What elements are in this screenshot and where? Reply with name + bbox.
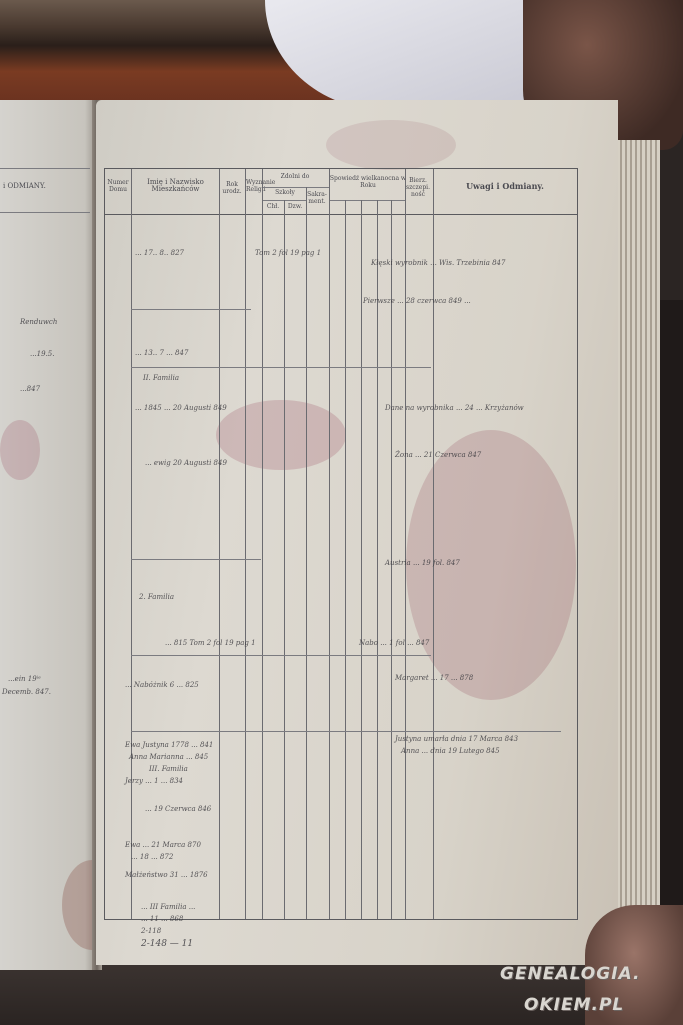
- rule-line: [131, 731, 561, 732]
- watermark-line1: GENEALOGIA.: [500, 964, 640, 984]
- stain: [326, 120, 456, 170]
- column-rule: [219, 169, 220, 919]
- rule-line: [131, 655, 431, 656]
- entry-note: Kłęski wyrobnik ... Wis. Trzebinia 847: [371, 259, 505, 267]
- rule-line: [0, 212, 90, 213]
- entry-text: ... Nabóżnik 6 ... 825: [125, 681, 199, 689]
- entry-text: Anna Marianna ... 845: [129, 753, 208, 761]
- watermark-line2: OKIEM.PL: [524, 995, 624, 1015]
- entry-text: ... 11 ... 868: [141, 915, 183, 923]
- header-easter-confession: Spowiedź wielkanocna w Roku: [329, 175, 407, 189]
- table-header: Numer Domu Imię i Nazwisko Mieszkańców R…: [105, 169, 577, 215]
- column-rule: [245, 169, 246, 919]
- ledger-table: Numer Domu Imię i Nazwisko Mieszkańców R…: [104, 168, 578, 920]
- header-capable: Zdolni do: [263, 173, 327, 180]
- left-page-header: i ODMIANY.: [3, 182, 46, 190]
- entry-note: Anna ... dnia 19 Lutego 845: [401, 747, 500, 755]
- entry-note: Dane na wyrobnika ... 24 ... Krzyżanów: [385, 404, 524, 412]
- column-rule: [361, 200, 362, 919]
- header-sacrament: Sakra-ment.: [307, 191, 327, 205]
- header-remarks: Uwagi i Odmiany.: [445, 183, 565, 190]
- rule-line: [131, 367, 431, 368]
- entry-text: ... 17.. 8.. 827: [135, 249, 184, 257]
- left-note: Decemb. 847.: [2, 688, 51, 696]
- entry-text: ... 19 Czerwca 846: [145, 805, 211, 813]
- entry-note: Pierwsze ... 28 czerwca 849 ...: [363, 297, 471, 305]
- header-school: Szkoły: [263, 189, 307, 196]
- entry-note: Justyna umarła dnia 17 Marca 843: [395, 735, 518, 743]
- rule-line: [262, 187, 329, 188]
- section-label: II. Familia: [143, 374, 179, 382]
- left-note: ...19.5.: [30, 350, 55, 358]
- entry-text: Ewa Justyna 1778 ... 841: [125, 741, 213, 749]
- header-boys: Chł.: [263, 203, 283, 210]
- header-girls: Dzw.: [285, 203, 305, 210]
- left-note: Renduwch: [20, 318, 57, 326]
- entry-note: Margaret ... 17 ... 878: [395, 674, 473, 682]
- entry-text: ... 18 ... 872: [131, 853, 173, 861]
- entry-note: Nabo ... 1 fol ... 847: [359, 639, 429, 647]
- column-rule: [131, 169, 132, 919]
- column-rule: [262, 169, 263, 919]
- column-rule: [284, 200, 285, 919]
- left-note: ...847: [20, 385, 40, 393]
- header-house-number: Numer Domu: [107, 179, 129, 193]
- header-vaccination: Bierz. szczepi. ność: [405, 177, 431, 198]
- section-label: III. Familia: [149, 765, 188, 773]
- entry-note: Austria ... 19 fol. 847: [385, 559, 460, 567]
- entry-text: Małżeństwo 31 ... 1876: [125, 871, 208, 879]
- entry-note: Tom 2 fol 19 pag 1: [255, 249, 321, 257]
- column-rule: [433, 169, 434, 919]
- column-rule: [329, 169, 330, 919]
- entry-text: 2-118: [141, 927, 161, 935]
- rule-line: [131, 559, 261, 560]
- column-rule: [345, 200, 346, 919]
- entry-text: ... 815 Tom 2 fol 19 pag 1: [165, 639, 256, 647]
- header-birth-year: Rok urodz.: [220, 181, 244, 195]
- left-page: i ODMIANY. Renduwch ...19.5. ...847 ...e…: [0, 100, 100, 970]
- entry-text: 2-148 — 11: [141, 939, 193, 949]
- left-note: ...ein 19ⁱᵉ: [8, 675, 41, 683]
- column-rule: [377, 200, 378, 919]
- rule-line: [131, 309, 251, 310]
- header-name: Imię i Nazwisko Mieszkańców: [133, 179, 218, 193]
- rule-line: [329, 200, 405, 201]
- rule-line: [0, 168, 90, 169]
- stain: [0, 420, 40, 480]
- entry-text: ... III Familia ...: [141, 903, 195, 911]
- header-religion: Wyznanie Religii: [246, 179, 262, 193]
- column-rule: [405, 169, 406, 919]
- entry-text: Ewa ... 21 Marca 870: [125, 841, 201, 849]
- section-label: 2. Familia: [139, 593, 174, 601]
- entry-text: ... 1845 ... 20 Augusti 849: [135, 404, 227, 412]
- entry-text: Jerzy ... 1 ... 834: [125, 777, 183, 785]
- entry-text: ... 13.. 7 ... 847: [135, 349, 188, 357]
- entry-note: Żona ... 21 Czerwca 847: [395, 451, 481, 459]
- entry-text: ... ewig 20 Augusti 849: [145, 459, 227, 467]
- column-rule: [306, 187, 307, 919]
